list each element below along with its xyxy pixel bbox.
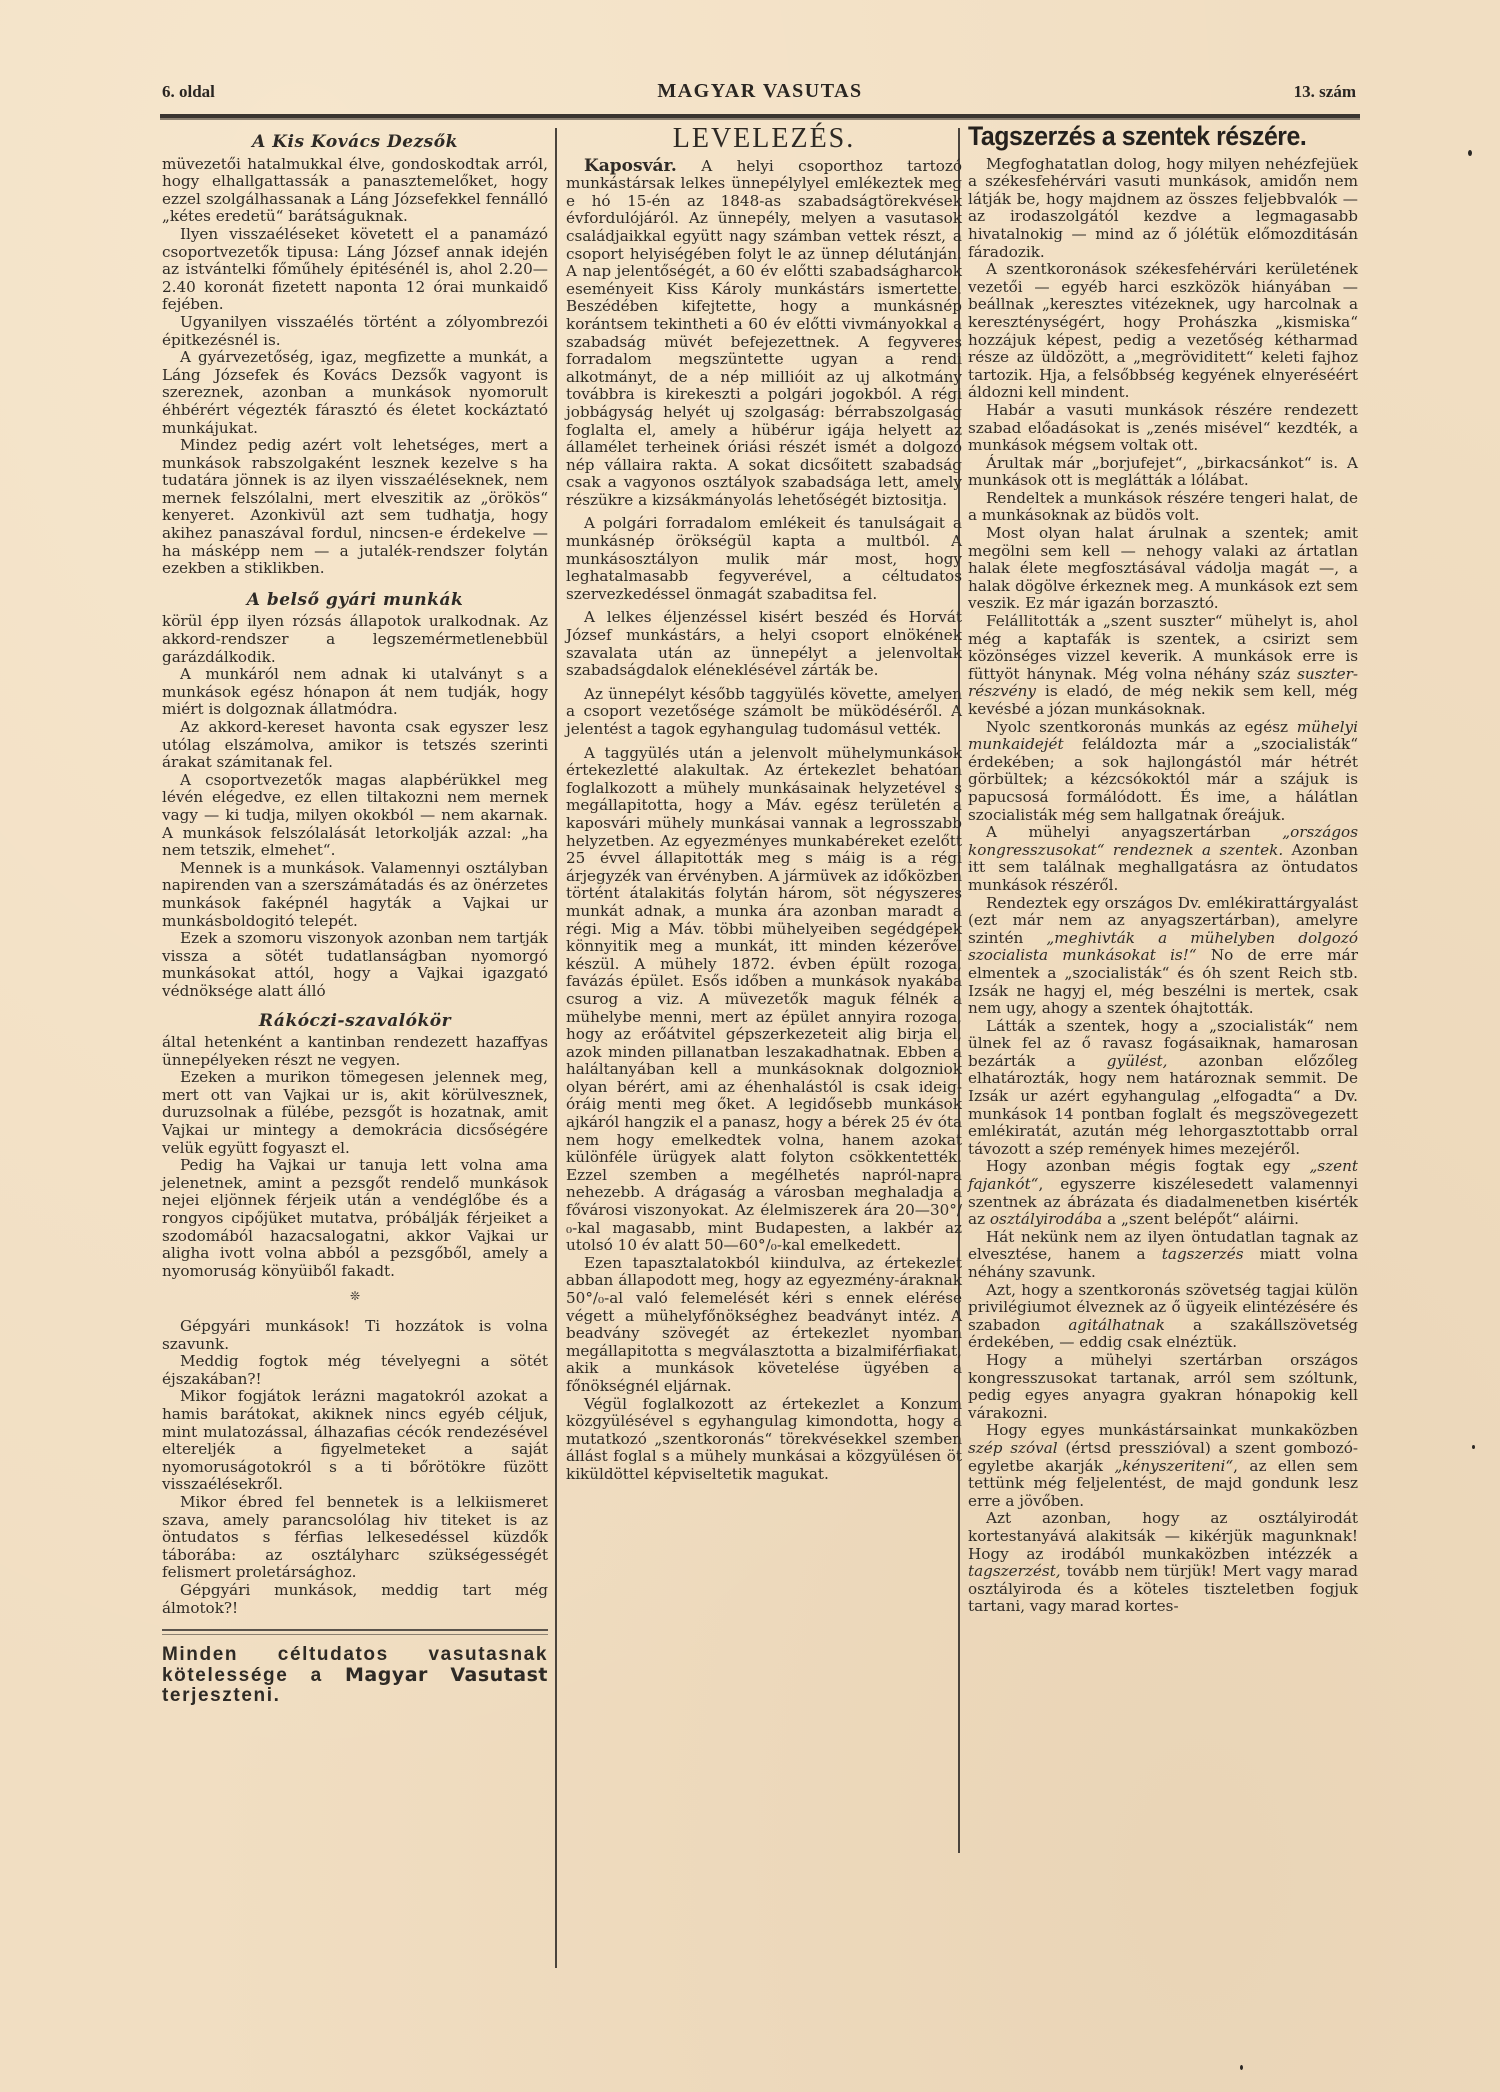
paragraph: Habár a vasuti munkások részére rendezet… — [968, 402, 1358, 455]
paragraph: A szentkoronások székesfehérvári kerület… — [968, 261, 1358, 402]
paragraph: Felállitották a „szent suszter“ mühelyt … — [968, 613, 1358, 719]
paragraph: müvezetői hatalmukkal élve, gondoskodtak… — [162, 156, 548, 226]
subheading-kis-kovacs: A Kis Kovács Dezsők — [162, 134, 548, 152]
column-3: Tagszerzés a szentek részére. Megfoghata… — [968, 128, 1358, 1616]
paragraph: Rendeltek a munkások részére tengeri hal… — [968, 490, 1358, 525]
paragraph: A munkáról nem adnak ki utalványt s a mu… — [162, 666, 548, 719]
subheading-belso-gyari: A belső gyári munkák — [162, 592, 548, 610]
paragraph: Ezek a szomoru viszonyok azonban nem tar… — [162, 930, 548, 1000]
promo-brand: Magyar Vasutast — [345, 1664, 548, 1686]
paragraph: Ezen tapasztalatokból kiindulva, az érte… — [566, 1255, 962, 1396]
paragraph: Az ünnepélyt később taggyülés követte, a… — [566, 686, 962, 739]
column-1: A Kis Kovács Dezsők müvezetői hatalmukka… — [162, 128, 548, 1706]
section-separator-icon: ❊ — [162, 1288, 548, 1306]
paragraph: Nyolc szentkoronás munkás az egész mühel… — [968, 719, 1358, 825]
column-2: LEVELEZÉS. Kaposvár. A helyi csoporthoz … — [566, 128, 962, 1484]
paragraph: Az akkord-kereset havonta csak egyszer l… — [162, 719, 548, 772]
paragraph: Pedig ha Vajkai ur tanuja lett volna ama… — [162, 1157, 548, 1280]
paragraph: Hogy egyes munkástársainkat munkaközben … — [968, 1422, 1358, 1510]
paragraph: Most olyan halat árulnak a szentek; amit… — [968, 525, 1358, 613]
promo-notice: Minden céltudatos vasutasnak kötelessége… — [162, 1645, 548, 1706]
paragraph: Mindez pedig azért volt lehetséges, mert… — [162, 437, 548, 578]
paragraph: A mühelyi anyagszertárban „országos kong… — [968, 824, 1358, 894]
paragraph: Mikor fogjátok lerázni magatokról azokat… — [162, 1388, 548, 1494]
paragraph: Meddig fogtok még tévelyegni a sötét éjs… — [162, 1353, 548, 1388]
section-heading-levelezes: LEVELEZÉS. — [566, 130, 962, 148]
paragraph: Végül foglalkozott az értekezlet a Konzu… — [566, 1396, 962, 1484]
paragraph: Ugyanilyen visszaélés történt a zólyombr… — [162, 314, 548, 349]
column-divider-1 — [555, 128, 557, 1968]
paragraph: Hogy a mühelyi szertárban országos kongr… — [968, 1352, 1358, 1422]
paragraph: Mennek is a munkások. Valamennyi osztály… — [162, 860, 548, 930]
paragraph: A csoportvezetők magas alapbérükkel meg … — [162, 772, 548, 860]
paragraph: A lelkes éljenzéssel kisért beszéd és Ho… — [566, 609, 962, 679]
scan-speck — [1468, 150, 1472, 156]
paragraph: Hogy azonban mégis fogtak egy „szent faj… — [968, 1158, 1358, 1228]
masthead: 6. oldal MAGYAR VASUTAS 13. szám — [160, 80, 1360, 108]
paragraph: által hetenként a kantinban rendezett ha… — [162, 1034, 548, 1069]
paragraph: Gépgyári munkások! Ti hozzátok is volna … — [162, 1318, 548, 1353]
newspaper-page: 6. oldal MAGYAR VASUTAS 13. szám A Kis K… — [0, 0, 1500, 2092]
paragraph: Ilyen visszaéléseket követett el a panam… — [162, 226, 548, 314]
paragraph: Gépgyári munkások, meddig tart még álmot… — [162, 1582, 548, 1617]
paragraph: Árultak már „borjufejet“, „birkacsánkot“… — [968, 455, 1358, 490]
newspaper-title: MAGYAR VASUTAS — [160, 80, 1360, 103]
dateline: Kaposvár. — [584, 156, 677, 176]
paragraph: Rendeztek egy országos Dv. emlékirattárg… — [968, 895, 1358, 1018]
article-headline: Tagszerzés a szentek részére. — [968, 128, 1327, 146]
paragraph: Kaposvár. A helyi csoporthoz tartozó mun… — [566, 158, 962, 510]
masthead-rule — [160, 114, 1360, 120]
issue-number: 13. szám — [1294, 82, 1356, 102]
paragraph: Látták a szentek, hogy a „szocialisták“ … — [968, 1018, 1358, 1159]
paragraph: A taggyülés után a jelenvolt mühelymunká… — [566, 745, 962, 1255]
scan-speck — [1472, 1445, 1475, 1449]
paragraph: A gyárvezetőség, igaz, megfizette a munk… — [162, 349, 548, 437]
paragraph: körül épp ilyen rózsás állapotok uralkod… — [162, 613, 548, 666]
paragraph-text: A helyi csoporthoz tartozó munkástársak … — [566, 157, 962, 509]
paragraph: A polgári forradalom emlékeit és tanulsá… — [566, 515, 962, 603]
paragraph: Azt azonban, hogy az osztályirodát korte… — [968, 1510, 1358, 1616]
paragraph: Megfoghatatlan dolog, hogy milyen nehézf… — [968, 156, 1358, 262]
scan-speck — [1240, 2065, 1243, 2070]
paragraph: Hát nekünk nem az ilyen öntudatlan tagna… — [968, 1229, 1358, 1282]
promo-text: terjeszteni. — [162, 1685, 280, 1706]
paragraph: Ezeken a murikon tömegesen jelennek meg,… — [162, 1069, 548, 1157]
subheading-rakoczi: Rákóczi-szavalókör — [162, 1013, 548, 1031]
paragraph: Mikor ébred fel bennetek is a lelkiismer… — [162, 1494, 548, 1582]
promo-rule — [162, 1629, 548, 1635]
paragraph: Azt, hogy a szentkoronás szövetség tagja… — [968, 1282, 1358, 1352]
